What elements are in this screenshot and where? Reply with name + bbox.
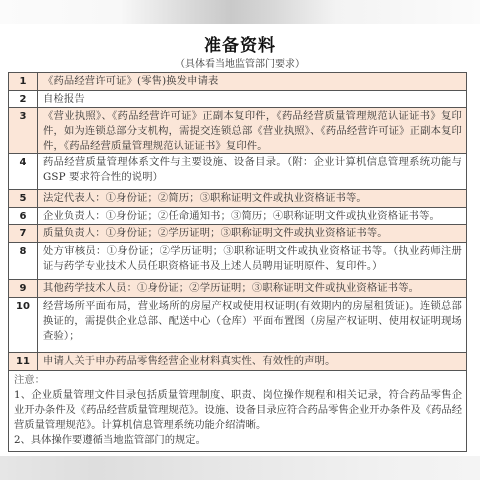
note-item: 2、具体操作要遵循当地监管部门的规定。: [14, 433, 462, 448]
row-number: 5: [9, 190, 38, 207]
page-subtitle: （具体看当地监管部门要求）: [0, 55, 480, 70]
table-row: 7 质量负责人：①身份证；②学历证明；③职称证明文件或执业资格证书等。: [9, 225, 466, 243]
row-text: 《药品经营许可证》(零售)换发申请表: [38, 73, 466, 90]
requirements-table: 1 《药品经营许可证》(零售)换发申请表 2 自检报告 3 《营业执照》、《药品…: [8, 72, 467, 452]
row-text: 法定代表人：①身份证；②简历；③职称证明文件或执业资格证书等。: [38, 190, 466, 207]
page-title: 准备资料: [0, 31, 480, 56]
table-row: 5 法定代表人：①身份证；②简历；③职称证明文件或执业资格证书等。: [9, 190, 466, 208]
row-number: 10: [9, 298, 38, 352]
table-row: 10 经营场所平面布局，营业场所的房屋产权或使用权证明(有效期内的房屋租赁证)。…: [9, 298, 466, 353]
table-row: 6 企业负责人：①身份证；②任命通知书；③简历；④职称证明文件或执业资格证书等。: [9, 208, 466, 225]
row-text: 药品经营质量管理体系文件与主要设施、设备目录。（附：企业计算机信息管理系统功能与…: [38, 154, 466, 189]
notes-section: 注意： 1、企业质量管理文件目录包括质量管理制度、职责、岗位操作规程和相关记录，…: [9, 371, 466, 451]
row-number: 6: [9, 208, 38, 224]
row-text: 《营业执照》、《药品经营许可证》正副本复印件，《药品经营质量管理规范认证证书》复…: [38, 108, 466, 153]
row-text: 处方审核员：①身份证；②学历证明；③职称证明文件或执业资格证书等。（执业药师注册…: [38, 243, 466, 279]
row-number: 2: [9, 91, 38, 107]
table-row: 11 申请人关于申办药品零售经营企业材料真实性、有效性的声明。: [9, 353, 466, 371]
table-row: 8 处方审核员：①身份证；②学历证明；③职称证明文件或执业资格证书等。（执业药师…: [9, 243, 466, 280]
row-number: 8: [9, 243, 38, 279]
row-number: 1: [9, 73, 38, 90]
row-number: 9: [9, 280, 38, 297]
row-number: 4: [9, 154, 38, 189]
row-number: 7: [9, 225, 38, 242]
row-text: 质量负责人：①身份证；②学历证明；③职称证明文件或执业资格证书等。: [38, 225, 466, 242]
row-text: 经营场所平面布局，营业场所的房屋产权或使用权证明(有效期内的房屋租赁证)。连锁总…: [38, 298, 466, 352]
row-text: 其他药学技术人员：①身份证；②学历证明；③职称证明文件或执业资格证书等。: [38, 280, 466, 297]
top-background-strip: [0, 0, 480, 24]
row-text: 自检报告: [38, 91, 466, 107]
table-row: 3 《营业执照》、《药品经营许可证》正副本复印件，《药品经营质量管理规范认证证书…: [9, 108, 466, 154]
bottom-background-strip: [0, 456, 480, 480]
notes-heading: 注意：: [14, 373, 462, 388]
row-text: 企业负责人：①身份证；②任命通知书；③简历；④职称证明文件或执业资格证书等。: [38, 208, 466, 224]
note-item: 1、企业质量管理文件目录包括质量管理制度、职责、岗位操作规程和相关记录，符合药品…: [14, 388, 462, 433]
table-row: 1 《药品经营许可证》(零售)换发申请表: [9, 73, 466, 91]
table-row: 2 自检报告: [9, 91, 466, 108]
row-text: 申请人关于申办药品零售经营企业材料真实性、有效性的声明。: [38, 353, 466, 370]
table-row: 4 药品经营质量管理体系文件与主要设施、设备目录。（附：企业计算机信息管理系统功…: [9, 154, 466, 190]
row-number: 11: [9, 353, 38, 370]
table-row: 9 其他药学技术人员：①身份证；②学历证明；③职称证明文件或执业资格证书等。: [9, 280, 466, 298]
row-number: 3: [9, 108, 38, 153]
